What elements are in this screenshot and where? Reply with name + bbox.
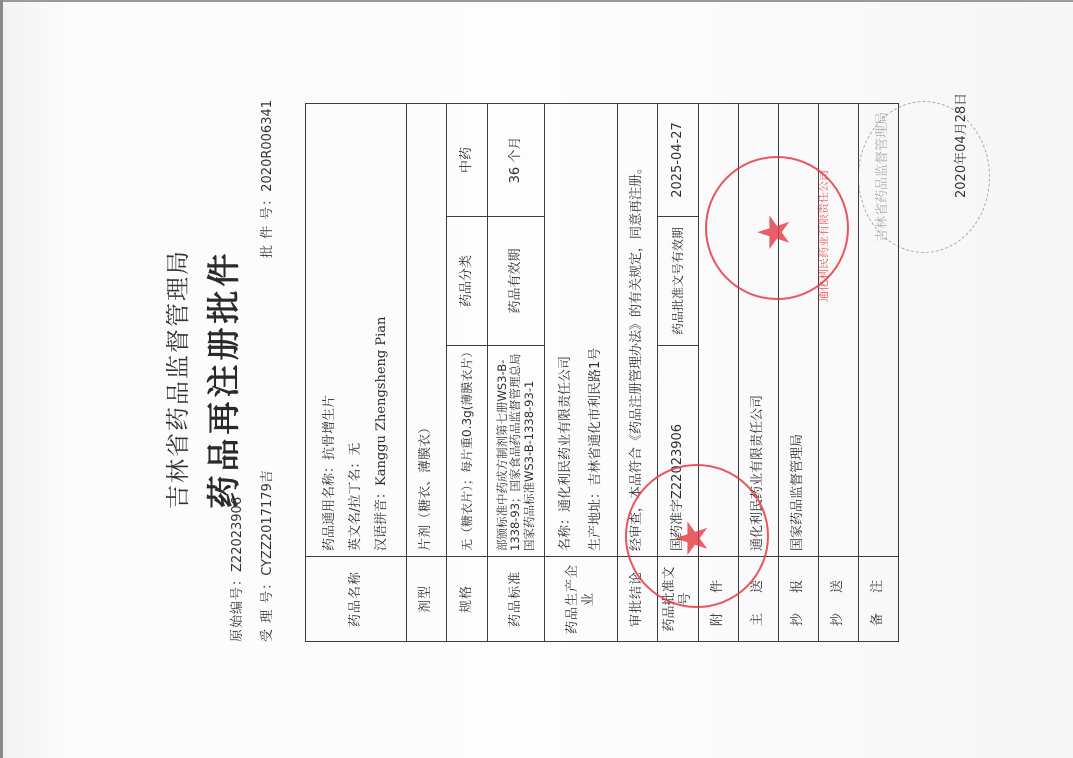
original-number-label: 原始编号：: [230, 572, 245, 642]
acceptance-number-label: 受 理 号：: [260, 576, 275, 642]
star-icon: ★: [667, 519, 718, 558]
english-latin-value: 无: [348, 443, 363, 456]
drug-name-label: 药品名称: [306, 557, 407, 642]
report-to-label: 抄 报: [779, 557, 819, 642]
pinyin-label: 汉语拼音：: [374, 486, 389, 551]
approval-document-number-label: 批 件 号：: [260, 192, 275, 258]
table-row-drug-name: 药品名称 药品通用名称：抗骨增生片 英文名/拉丁名：无 汉语拼音：Kanggu …: [306, 104, 407, 642]
generic-name-label: 药品通用名称：: [322, 460, 337, 551]
approval-validity-label: 药品批准文号有效期: [658, 217, 699, 346]
english-latin-label: 英文名/拉丁名：: [348, 456, 363, 551]
manufacturer-name: 名称：通化利民药业有限责任公司: [558, 109, 574, 551]
generic-name: 药品通用名称：抗骨增生片: [322, 109, 338, 551]
category-label: 药品分类: [447, 217, 488, 346]
approval-document-number: 批 件 号：2020R006341: [256, 100, 275, 258]
approval-document-number-value: 2020R006341: [260, 100, 275, 192]
approval-validity-value: 2025-04-27: [658, 104, 699, 217]
generic-name-value: 抗骨增生片: [322, 395, 337, 460]
pinyin-value: Kanggu Zhengsheng Pian: [374, 317, 389, 486]
acceptance-number-value: CYZZ2017179吉: [260, 470, 275, 576]
specification-value: 无（糖衣片）；每片重0.3g(薄膜衣片）: [447, 346, 488, 557]
table-row-manufacturer: 药品生产企业 名称：通化利民药业有限责任公司 生产地址：吉林省通化市利民路1号: [545, 104, 618, 642]
authority-seal-text: 吉林省药品监督管理局: [871, 112, 890, 242]
acceptance-number: 受 理 号：CYZZ2017179吉: [256, 470, 275, 642]
table-row-specification: 规格 无（糖衣片）；每片重0.3g(薄膜衣片） 药品分类 中药: [447, 104, 488, 642]
specification-label: 规格: [447, 557, 488, 642]
original-number-value: Z22023906: [230, 497, 245, 572]
standard-label: 药品标准: [488, 557, 545, 642]
dosage-form-value: 片剂（糖衣、薄膜衣）: [407, 104, 447, 557]
document-page: 吉林省药品监督管理局 药品再注册批件 原始编号：Z22023906 受 理 号：…: [0, 0, 1073, 758]
original-number: 原始编号：Z22023906: [226, 497, 245, 642]
issuing-authority: 吉林省药品监督管理局: [158, 0, 193, 758]
standard-value: 部颁标准中药成方制剂第七册WS3-B-1338-93；国家食品药品监督管理总局国…: [488, 346, 545, 557]
manufacturer-name-label: 名称：: [558, 512, 573, 551]
drug-name-values: 药品通用名称：抗骨增生片 英文名/拉丁名：无 汉语拼音：Kanggu Zheng…: [306, 104, 407, 557]
company-seal-text: 通化利民药业有限责任公司: [815, 170, 831, 302]
stamp-date: 2020年04月28日: [950, 93, 969, 198]
copy-to-label: 抄 送: [819, 557, 859, 642]
authority-seal: 吉林省药品监督管理局: [858, 101, 990, 253]
star-icon: ★: [749, 213, 800, 252]
manufacturer-address: 生产地址：吉林省通化市利民路1号: [588, 109, 604, 551]
validity-label: 药品有效期: [488, 217, 545, 346]
pinyin-name: 汉语拼音：Kanggu Zhengsheng Pian: [374, 109, 390, 551]
english-latin-name: 英文名/拉丁名：无: [348, 109, 364, 551]
dosage-form-label: 剂型: [407, 557, 447, 642]
company-seal-upper: ★ 通化利民药业有限责任公司: [705, 156, 849, 300]
table-row-dosage-form: 剂型 片剂（糖衣、薄膜衣）: [407, 104, 447, 642]
category-value: 中药: [447, 104, 488, 217]
company-seal-lower: ★: [625, 464, 769, 608]
manufacturer-name-value: 通化利民药业有限责任公司: [558, 356, 573, 512]
document-title: 药品再注册批件: [198, 0, 245, 758]
manufacturer-address-label: 生产地址：: [588, 486, 603, 551]
validity-value: 36 个月: [488, 104, 545, 217]
manufacturer-values: 名称：通化利民药业有限责任公司 生产地址：吉林省通化市利民路1号: [545, 104, 618, 557]
table-row-standard: 药品标准 部颁标准中药成方制剂第七册WS3-B-1338-93；国家食品药品监督…: [488, 104, 545, 642]
manufacturer-address-value: 吉林省通化市利民路1号: [588, 348, 603, 486]
manufacturer-label: 药品生产企业: [545, 557, 618, 642]
remarks-label: 备 注: [859, 557, 899, 642]
